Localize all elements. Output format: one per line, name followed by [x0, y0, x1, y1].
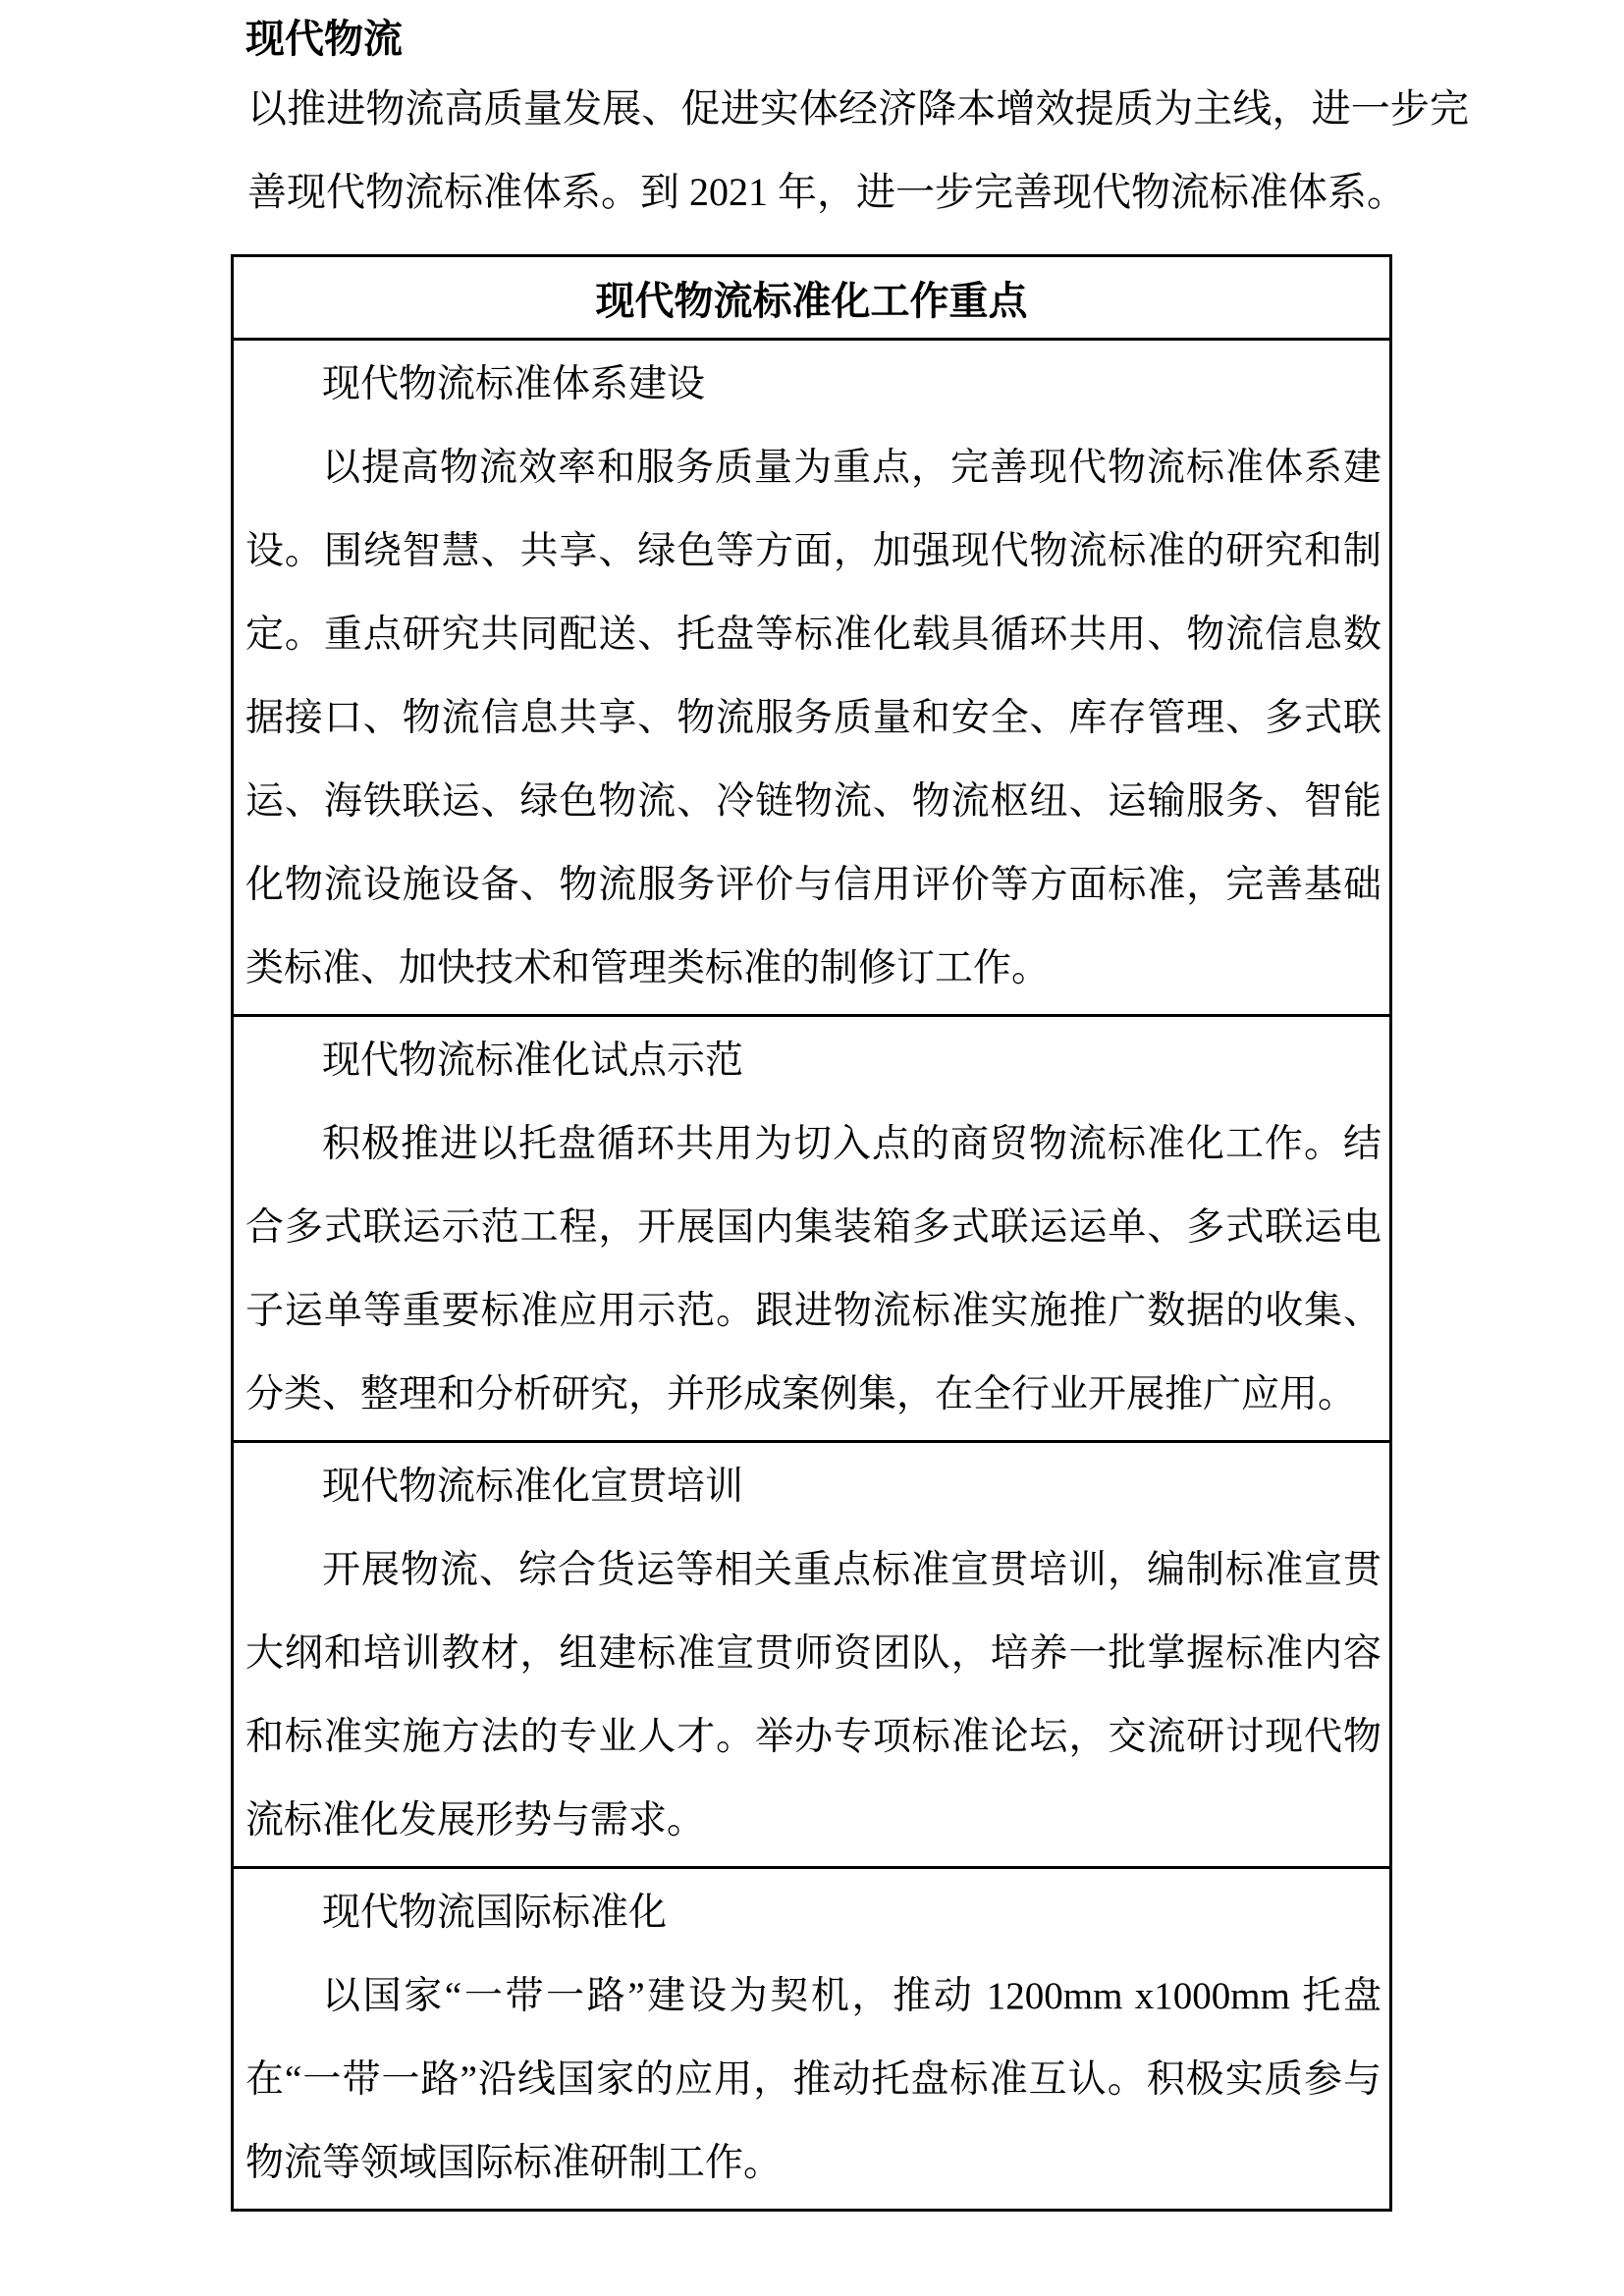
section-body: 积极推进以托盘循环共用为切入点的商贸物流标准化工作。结合多式联运示范工程，开展国…: [245, 1102, 1381, 1436]
table-row: 现代物流标准体系建设 以提高物流效率和服务质量为重点，完善现代物流标准体系建设。…: [233, 340, 1391, 1016]
section-heading: 现代物流国际标准化: [245, 1871, 1381, 1954]
table-head: 现代物流标准化工作重点: [233, 256, 1391, 340]
section-body: 以提高物流效率和服务质量为重点，完善现代物流标准体系建设。围绕智慧、共享、绿色等…: [245, 426, 1381, 1010]
table-row: 现代物流标准化宣贯培训 开展物流、综合货运等相关重点标准宣贯培训，编制标准宣贯大…: [233, 1442, 1391, 1868]
table-header-row: 现代物流标准化工作重点: [233, 256, 1391, 340]
section-cell-training: 现代物流标准化宣贯培训 开展物流、综合货运等相关重点标准宣贯培训，编制标准宣贯大…: [233, 1442, 1391, 1868]
section-cell-system-building: 现代物流标准体系建设 以提高物流效率和服务质量为重点，完善现代物流标准体系建设。…: [233, 340, 1391, 1016]
section-content: 现代物流标准体系建设 以提高物流效率和服务质量为重点，完善现代物流标准体系建设。…: [245, 343, 1381, 1010]
section-heading: 现代物流标准体系建设: [245, 343, 1381, 426]
table-body: 现代物流标准体系建设 以提高物流效率和服务质量为重点，完善现代物流标准体系建设。…: [233, 340, 1391, 2211]
intro-paragraph: 以推进物流高质量发展、促进实体经济降本增效提质为主线，进一步完善现代物流标准体系…: [247, 67, 1469, 234]
table-row: 现代物流国际标准化 以国家“一带一路”建设为契机，推动 1200mm x1000…: [233, 1868, 1391, 2211]
section-cell-international: 现代物流国际标准化 以国家“一带一路”建设为契机，推动 1200mm x1000…: [233, 1868, 1391, 2211]
section-heading: 现代物流标准化宣贯培训: [245, 1445, 1381, 1528]
page-title: 现代物流: [245, 16, 403, 63]
table-title-cell: 现代物流标准化工作重点: [233, 256, 1391, 340]
section-content: 现代物流标准化试点示范 积极推进以托盘循环共用为切入点的商贸物流标准化工作。结合…: [245, 1019, 1381, 1436]
section-cell-pilot-demo: 现代物流标准化试点示范 积极推进以托盘循环共用为切入点的商贸物流标准化工作。结合…: [233, 1016, 1391, 1442]
section-body: 以国家“一带一路”建设为契机，推动 1200mm x1000mm 托盘在“一带一…: [245, 1954, 1381, 2205]
document-page: 现代物流 以推进物流高质量发展、促进实体经济降本增效提质为主线，进一步完善现代物…: [0, 0, 1624, 2296]
section-heading: 现代物流标准化试点示范: [245, 1019, 1381, 1102]
section-body: 开展物流、综合货运等相关重点标准宣贯培训，编制标准宣贯大纲和培训教材，组建标准宣…: [245, 1528, 1381, 1862]
table-row: 现代物流标准化试点示范 积极推进以托盘循环共用为切入点的商贸物流标准化工作。结合…: [233, 1016, 1391, 1442]
section-content: 现代物流标准化宣贯培训 开展物流、综合货运等相关重点标准宣贯培训，编制标准宣贯大…: [245, 1445, 1381, 1862]
section-content: 现代物流国际标准化 以国家“一带一路”建设为契机，推动 1200mm x1000…: [245, 1871, 1381, 2205]
logistics-standards-table: 现代物流标准化工作重点 现代物流标准体系建设 以提高物流效率和服务质量为重点，完…: [231, 254, 1392, 2212]
